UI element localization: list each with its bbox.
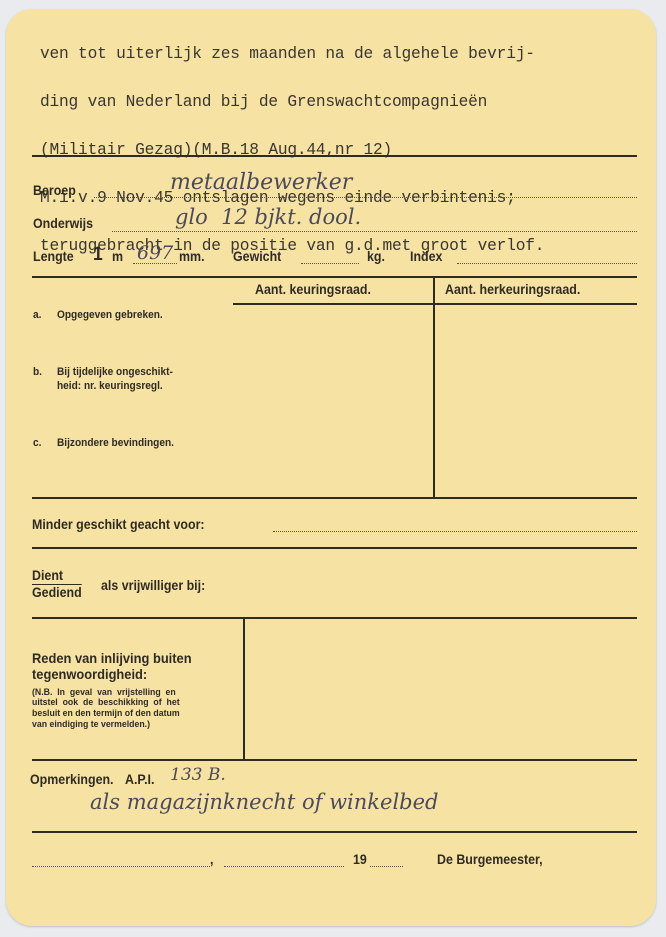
index-field[interactable] <box>457 263 637 264</box>
inlijving-divider <box>243 618 245 759</box>
item-a-letter: a. <box>33 309 41 321</box>
item-c-text: Bijzondere bevindingen. <box>57 437 174 449</box>
inlijving-title-2: tegenwoordigheid: <box>32 666 147 682</box>
gediend-label: Gediend <box>32 585 82 600</box>
dient-gediend-fraction: Dient Gediend <box>32 568 86 600</box>
year-field[interactable] <box>370 866 403 867</box>
gewicht-unit: kg. <box>367 249 385 264</box>
beroep-field[interactable] <box>94 197 637 198</box>
date-field[interactable] <box>224 866 344 867</box>
beroep-value: metaalbewerker <box>170 170 352 195</box>
item-c-letter: c. <box>33 437 41 449</box>
onderwijs-value: glo 12 bjkt. dool. <box>175 205 361 229</box>
divider <box>32 759 637 761</box>
api-value: 133 B. <box>170 765 226 785</box>
onderwijs-field[interactable] <box>112 231 637 232</box>
gewicht-label: Gewicht <box>233 249 281 264</box>
typed-line: ding van Nederland bij de Grenswachtcomp… <box>40 94 544 110</box>
onderwijs-label: Onderwijs <box>33 216 93 231</box>
divider <box>32 617 637 619</box>
divider <box>32 497 637 499</box>
divider <box>32 831 637 833</box>
header-underline <box>233 303 637 305</box>
inlijving-note-3: besluit en den termijn of den datum <box>32 708 180 719</box>
lengte-label: Lengte <box>33 249 74 264</box>
lengte-mm-value: 697 <box>137 242 173 264</box>
inlijving-note-2: uitstel ook de beschikking of het <box>32 697 180 708</box>
item-b-text2: heid: nr. keuringsregl. <box>57 380 163 392</box>
gewicht-field[interactable] <box>301 263 359 264</box>
lengte-mm-unit: mm. <box>179 249 205 264</box>
minder-geschikt-label: Minder geschikt geacht voor: <box>32 517 205 532</box>
lengte-meter-unit: m <box>112 249 123 264</box>
item-b-text: Bij tijdelijke ongeschikt- <box>57 366 173 378</box>
api-label: A.P.I. <box>125 772 154 787</box>
year-prefix: 19 <box>353 852 367 867</box>
place-field[interactable] <box>32 866 210 867</box>
divider <box>32 547 637 549</box>
minder-geschikt-field[interactable] <box>273 531 637 532</box>
typed-line: ven tot uiterlijk zes maanden na de alge… <box>40 46 544 62</box>
dient-label: Dient <box>32 568 82 585</box>
beroep-label: Beroep <box>33 183 76 198</box>
vrijwilliger-label: als vrijwilliger bij: <box>101 578 205 593</box>
opmerkingen-label: Opmerkingen. <box>30 772 114 787</box>
item-a-text: Opgegeven gebreken. <box>57 309 163 321</box>
inlijving-note-4: van eindiging te vermelden.) <box>32 719 150 730</box>
column-divider <box>433 277 435 498</box>
inlijving-title-1: Reden van inlijving buiten <box>32 650 192 666</box>
herkeuringsraad-header: Aant. herkeuringsraad. <box>445 282 580 297</box>
footer-comma: , <box>210 852 213 867</box>
lengte-meter: 1 <box>93 244 103 266</box>
divider <box>32 155 637 157</box>
divider <box>32 276 637 278</box>
burgemeester-label: De Burgemeester, <box>437 852 543 867</box>
item-b-letter: b. <box>33 366 42 378</box>
keuringsraad-header: Aant. keuringsraad. <box>255 282 371 297</box>
opmerkingen-note: als magazijnknecht of winkelbed <box>90 790 438 814</box>
index-label: Index <box>410 249 442 264</box>
